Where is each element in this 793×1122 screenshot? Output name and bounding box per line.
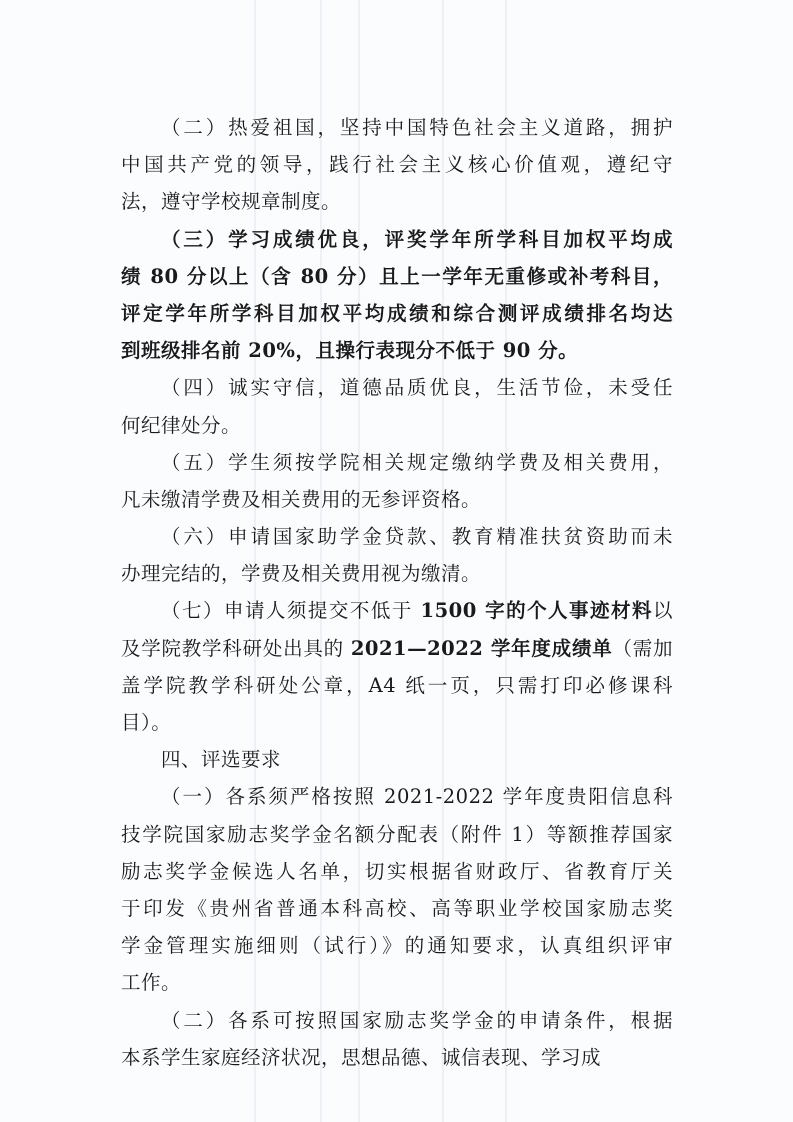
text-line: 学金管理实施细则（试行）》的通知要求，认真组织评审 [121, 927, 673, 964]
text-line: 何纪律处分。 [121, 407, 673, 444]
text-line: 盖学院教学科研处公章，A4 纸一页，只需打印必修课科 [121, 667, 673, 704]
paragraph-item-4-integrity: （四）诚实守信，道德品质优良，生活节俭，未受任何纪律处分。 [121, 369, 673, 443]
text-run: 盖学院教学科研处公章，A4 纸一页，只需打印必修课科 [121, 674, 673, 697]
paragraph-req-2-criteria: （二）各系可按照国家励志奖学金的申请条件，根据本系学生家庭经济状况，思想品德、诚… [121, 1002, 673, 1076]
paragraph-item-3-academic: （三）学习成绩优良，评奖学年所学科目加权平均成绩 80 分以上（含 80 分）且… [121, 221, 673, 370]
text-line: 中国共产党的领导，践行社会主义核心价值观，遵纪守 [121, 146, 673, 183]
bold-text-run: 2021—2022 学年度成绩单 [351, 637, 613, 660]
text-line: （二）热爱祖国，坚持中国特色社会主义道路，拥护 [121, 109, 673, 146]
text-line: 工作。 [121, 964, 673, 1001]
text-line: 及学院教学科研处出具的 2021—2022 学年度成绩单（需加 [121, 630, 673, 667]
bold-text-run: 1500 字的个人事迹材料 [421, 599, 653, 622]
text-line: （七）申请人须提交不低于 1500 字的个人事迹材料以 [121, 592, 673, 629]
text-run: （需加 [612, 637, 673, 660]
text-line: 评定学年所学科目加权平均成绩和综合测评成绩排名均达 [121, 295, 673, 332]
text-line: （四）诚实守信，道德品质优良，生活节俭，未受任 [121, 369, 673, 406]
text-line: 绩 80 分以上（含 80 分）且上一学年无重修或补考科目， [121, 258, 673, 295]
text-line: 办理完结的，学费及相关费用视为缴清。 [121, 555, 673, 592]
text-line: （三）学习成绩优良，评奖学年所学科目加权平均成 [121, 221, 673, 258]
text-run: 以 [653, 599, 673, 622]
text-run: 及学院教学科研处出具的 [121, 637, 351, 660]
text-line: 凡未缴清学费及相关费用的无参评资格。 [121, 481, 673, 518]
text-run: 目）。 [121, 711, 171, 734]
paragraph-item-6-loans: （六）申请国家助学金贷款、教育精准扶贫资助而未办理完结的，学费及相关费用视为缴清… [121, 518, 673, 592]
text-line: 到班级排名前 20%，且操行表现分不低于 90 分。 [121, 332, 673, 369]
paragraph-item-5-fees: （五）学生须按学院相关规定缴纳学费及相关费用，凡未缴清学费及相关费用的无参评资格… [121, 444, 673, 518]
text-line: 于印发《贵州省普通本科高校、高等职业学校国家励志奖 [121, 890, 673, 927]
text-line: （二）各系可按照国家励志奖学金的申请条件，根据 [121, 1002, 673, 1039]
text-line: 法，遵守学校规章制度。 [121, 183, 673, 220]
paragraph-item-7-materials: （七）申请人须提交不低于 1500 字的个人事迹材料以及学院教学科研处出具的 2… [121, 592, 673, 741]
text-line: （六）申请国家助学金贷款、教育精准扶贫资助而未 [121, 518, 673, 555]
text-line: 本系学生家庭经济状况，思想品德、诚信表现、学习成 [121, 1039, 673, 1076]
document-page: （二）热爱祖国，坚持中国特色社会主义道路，拥护中国共产党的领导，践行社会主义核心… [121, 109, 673, 1076]
paragraph-item-2-patriotism: （二）热爱祖国，坚持中国特色社会主义道路，拥护中国共产党的领导，践行社会主义核心… [121, 109, 673, 221]
text-line: 励志奖学金候选人名单，切实根据省财政厅、省教育厅关 [121, 853, 673, 890]
text-line: 技学院国家励志奖学金名额分配表（附件 1）等额推荐国家 [121, 816, 673, 853]
paragraph-req-1-quota: （一）各系须严格按照 2021-2022 学年度贵阳信息科技学院国家励志奖学金名… [121, 778, 673, 1001]
text-line: （一）各系须严格按照 2021-2022 学年度贵阳信息科 [121, 778, 673, 815]
text-line: （五）学生须按学院相关规定缴纳学费及相关费用， [121, 444, 673, 481]
text-line: 目）。 [121, 704, 673, 741]
text-line: 四、评选要求 [121, 741, 673, 778]
text-run: （七）申请人须提交不低于 [161, 599, 421, 622]
section-heading: 四、评选要求 [121, 741, 673, 778]
